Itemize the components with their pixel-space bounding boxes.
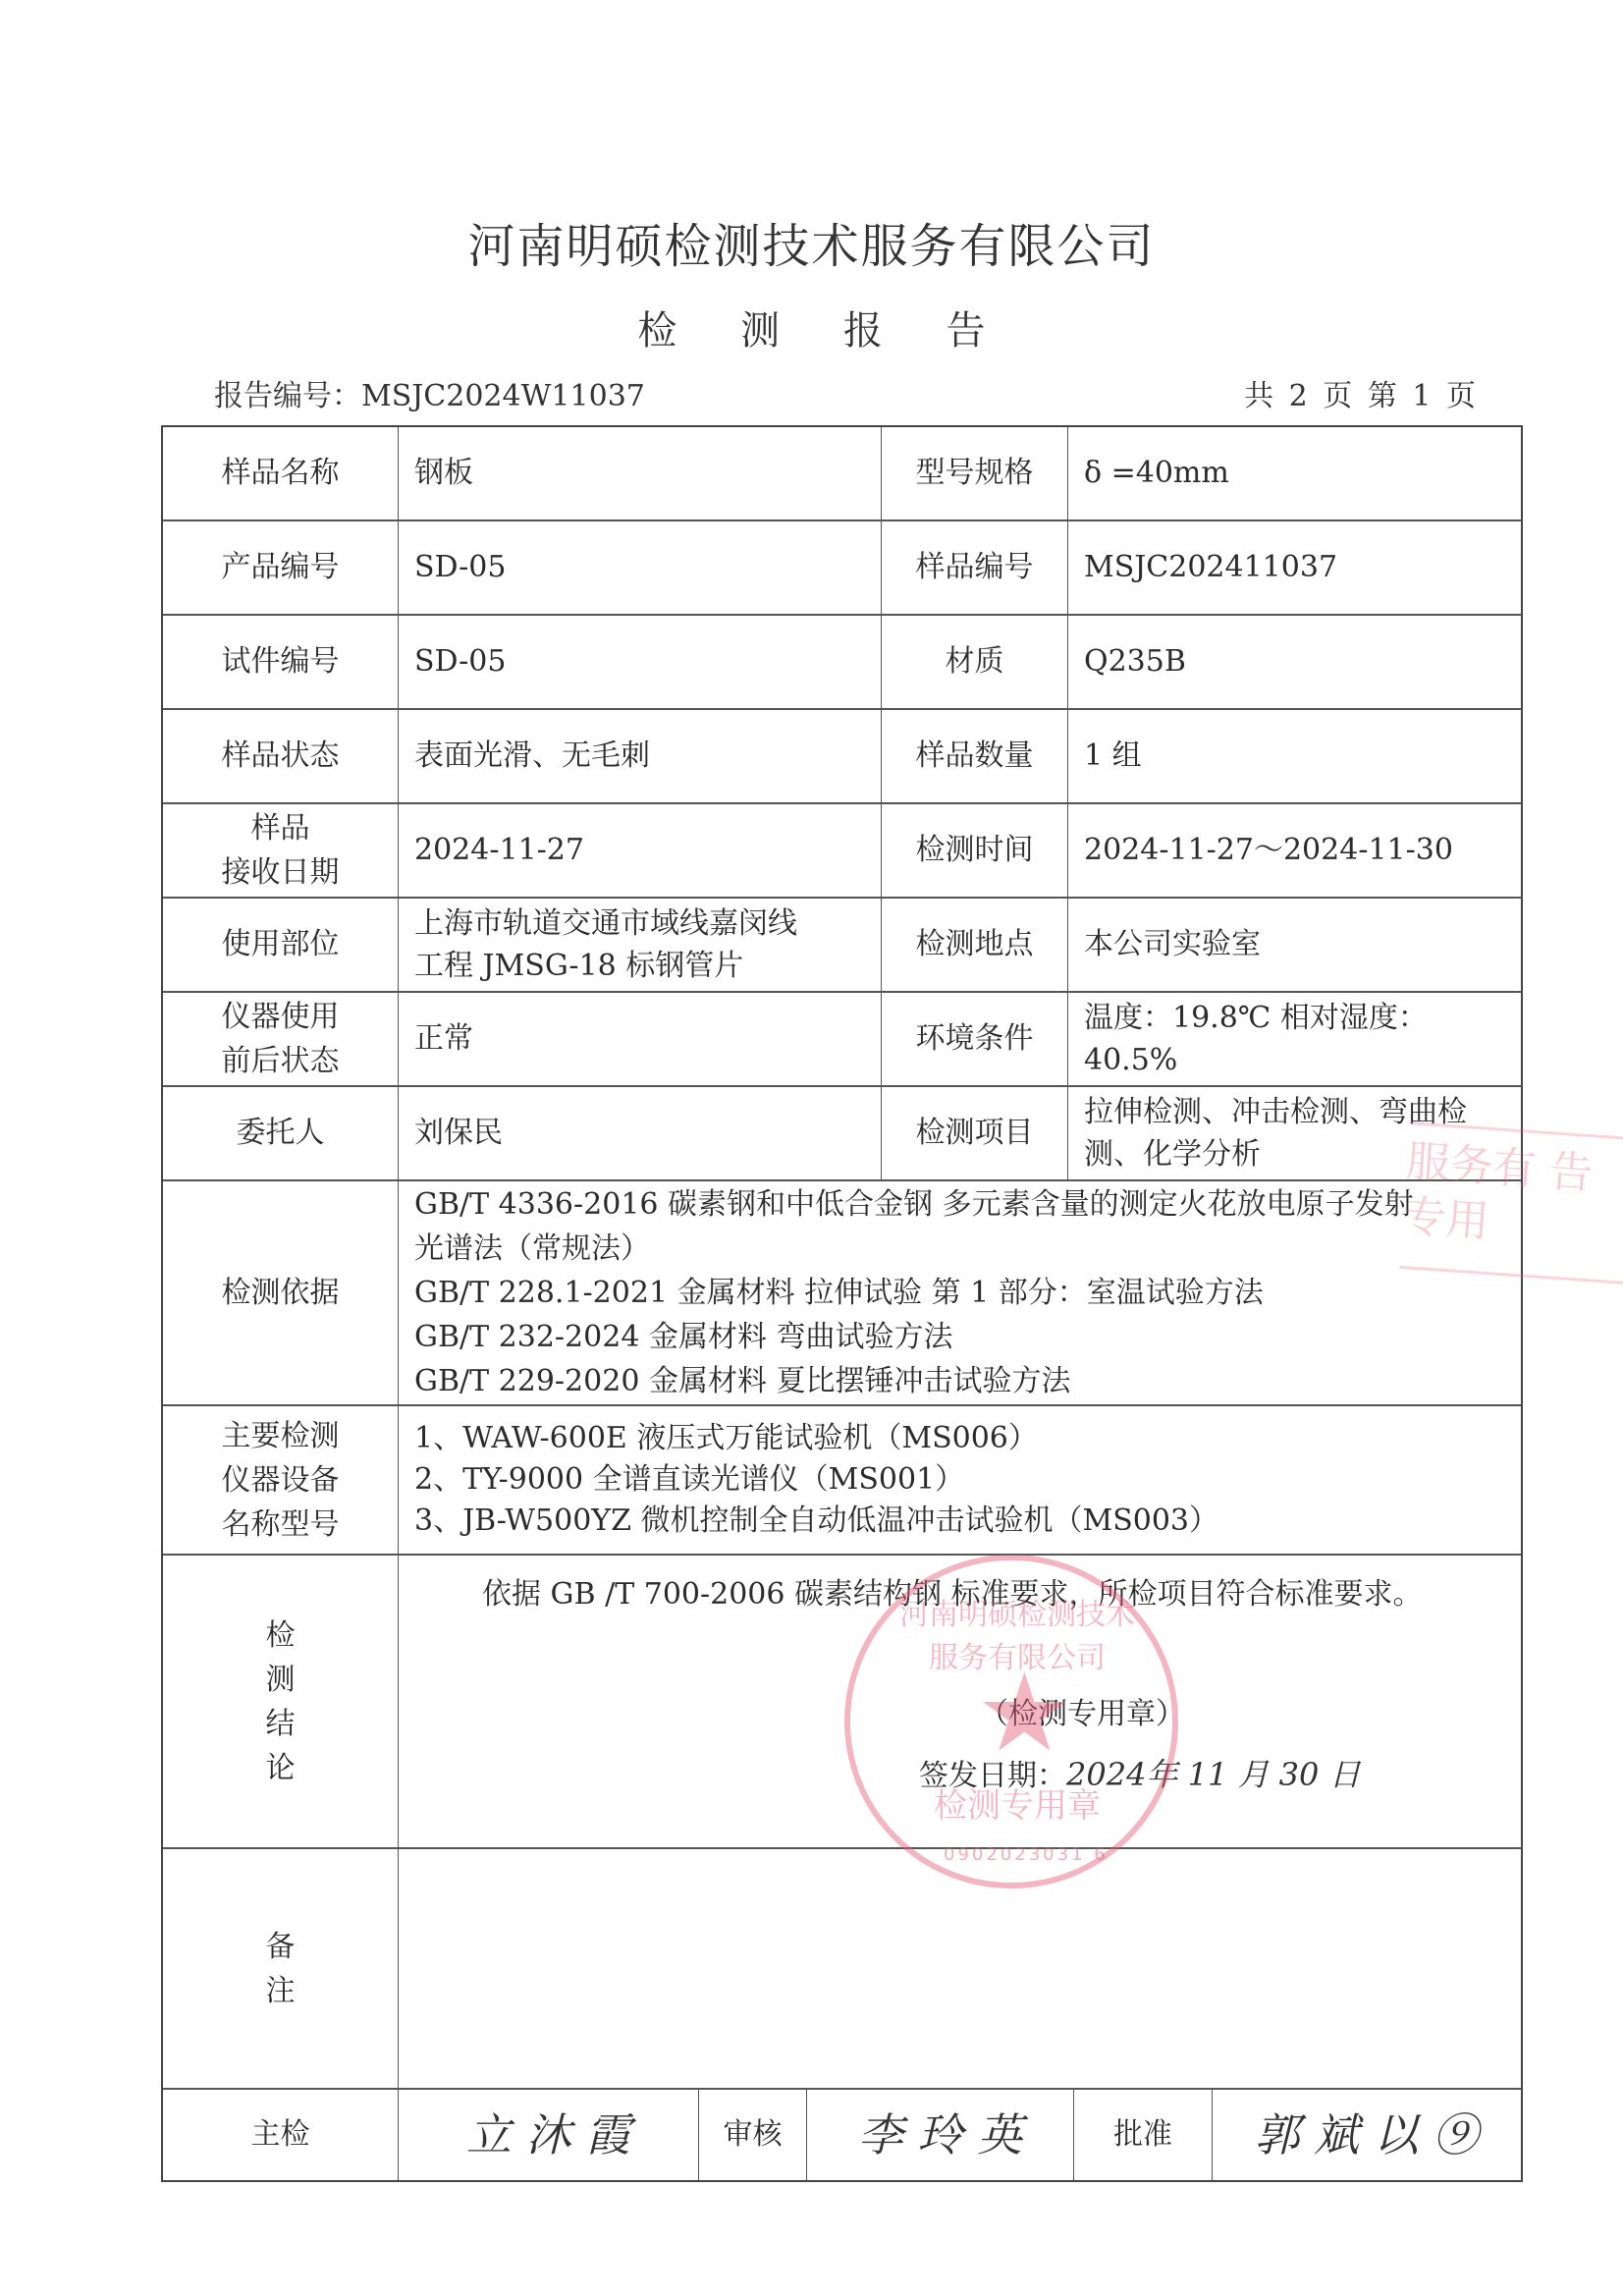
equipment-line: 1、WAW-600E 液压式万能试验机（MS006） (414, 1418, 1038, 1459)
label-line: 仪器设备 (222, 1458, 340, 1503)
value-sample-state: 表面光滑、无毛刺 (398, 710, 881, 802)
label-receive-date: 样品 接收日期 (163, 804, 398, 897)
label-char: 备 (266, 1925, 296, 1969)
value-material: Q235B (1067, 616, 1520, 708)
signature-approver: 郭 斌 以 ⑨ (1212, 2090, 1520, 2180)
label-test-items: 检测项目 (881, 1087, 1067, 1179)
label-sample-state: 样品状态 (163, 710, 398, 802)
report-table: 样品名称 钢板 型号规格 δ =40mm 产品编号 SD-05 样品编号 MSJ… (161, 425, 1523, 2182)
table-row: 使用部位 上海市轨道交通市域线嘉闵线 工程 JMSG-18 标钢管片 检测地点 … (163, 897, 1521, 991)
value-line: 工程 JMSG-18 标钢管片 (414, 945, 743, 988)
value-equipment: 1、WAW-600E 液压式万能试验机（MS006） 2、TY-9000 全谱直… (398, 1406, 1520, 1554)
equipment-line: 2、TY-9000 全谱直读光谱仪（MS001） (414, 1459, 964, 1501)
label-reviewer: 审核 (698, 2090, 806, 2180)
label-sample-name: 样品名称 (163, 427, 398, 519)
label-test-basis: 检测依据 (163, 1181, 398, 1404)
table-row: 试件编号 SD-05 材质 Q235B (163, 614, 1521, 708)
value-specimen-no: SD-05 (398, 616, 881, 708)
value-test-basis: GB/T 4336-2016 碳素钢和中低合金钢 多元素含量的测定火花放电原子发… (398, 1181, 1520, 1404)
label-product-no: 产品编号 (163, 521, 398, 614)
value-remarks (398, 1849, 1520, 2088)
value-test-site: 本公司实验室 (1067, 899, 1520, 991)
label-char: 注 (266, 1969, 296, 2013)
label-model-spec: 型号规格 (881, 427, 1067, 519)
report-number-label: 报告编号： (214, 379, 361, 413)
value-usage-location: 上海市轨道交通市域线嘉闵线 工程 JMSG-18 标钢管片 (398, 899, 881, 991)
seal-label: （检测专用章） (979, 1693, 1185, 1736)
issue-date-label: 签发日期： (919, 1759, 1066, 1793)
value-sample-no: MSJC202411037 (1067, 521, 1520, 614)
label-sample-no: 样品编号 (881, 521, 1067, 614)
report-number: 报告编号：MSJC2024W11037 (214, 371, 645, 414)
label-line: 接收日期 (222, 850, 340, 895)
value-sample-name: 钢板 (398, 427, 881, 519)
inspector-signature: 立 沐 霞 (466, 2103, 630, 2168)
value-line: 拉伸检测、冲击检测、弯曲检 (1084, 1091, 1467, 1134)
value-environment: 温度：19.8℃ 相对湿度：40.5% (1067, 993, 1520, 1085)
value-test-items: 拉伸检测、冲击检测、弯曲检 测、化学分析 (1067, 1087, 1520, 1179)
label-remarks: 备 注 (163, 1849, 398, 2088)
value-client: 刘保民 (398, 1087, 881, 1179)
table-row: 样品 接收日期 2024-11-27 检测时间 2024-11-27～2024-… (163, 802, 1521, 897)
reviewer-signature: 李 玲 英 (858, 2103, 1022, 2168)
value-line: 测、化学分析 (1084, 1133, 1261, 1176)
value-instrument-state: 正常 (398, 993, 881, 1085)
label-line: 名称型号 (222, 1503, 340, 1547)
table-row: 委托人 刘保民 检测项目 拉伸检测、冲击检测、弯曲检 测、化学分析 (163, 1085, 1521, 1179)
signature-inspector: 立 沐 霞 (398, 2090, 698, 2180)
label-test-time: 检测时间 (881, 804, 1067, 897)
value-product-no: SD-05 (398, 521, 881, 614)
document-title: 检 测 报 告 (0, 300, 1623, 355)
label-environment: 环境条件 (881, 993, 1067, 1085)
table-row: 样品名称 钢板 型号规格 δ =40mm (163, 427, 1521, 519)
signature-reviewer: 李 玲 英 (806, 2090, 1073, 2180)
label-char: 论 (266, 1746, 296, 1790)
standard-line: GB/T 229-2020 金属材料 夏比摆锤冲击试验方法 (414, 1359, 1070, 1403)
value-model-spec: δ =40mm (1067, 427, 1520, 519)
value-line: 上海市轨道交通市域线嘉闵线 (414, 902, 797, 946)
table-row-conclusion: 检 测 结 论 依据 GB /T 700-2006 碳素结构钢 标准要求，所检项… (163, 1554, 1521, 1847)
value-test-time: 2024-11-27～2024-11-30 (1067, 804, 1520, 897)
standard-line: 光谱法（常规法） (414, 1227, 650, 1271)
equipment-line: 3、JB-W500YZ 微机控制全自动低温冲击试验机（MS003） (414, 1501, 1218, 1542)
standard-line: GB/T 4336-2016 碳素钢和中低合金钢 多元素含量的测定火花放电原子发… (414, 1182, 1414, 1227)
label-specimen-no: 试件编号 (163, 616, 398, 708)
table-row-remarks: 备 注 (163, 1847, 1521, 2088)
label-line: 主要检测 (222, 1414, 340, 1458)
conclusion-text: 依据 GB /T 700-2006 碳素结构钢 标准要求，所检项目符合标准要求。 (482, 1573, 1423, 1616)
standard-line: GB/T 232-2024 金属材料 弯曲试验方法 (414, 1315, 952, 1359)
approver-signature: 郭 斌 以 ⑨ (1255, 2103, 1479, 2168)
label-char: 测 (266, 1658, 296, 1702)
table-row: 产品编号 SD-05 样品编号 MSJC202411037 (163, 519, 1521, 614)
issue-date-handwritten: 2024年 11 月 30 日 (1066, 1756, 1361, 1793)
page-info: 共 2 页 第 1 页 (1244, 371, 1476, 414)
company-name: 河南明硕检测技术服务有限公司 (0, 208, 1623, 276)
label-line: 样品 (251, 806, 310, 850)
issue-date: 签发日期：2024年 11 月 30 日 (919, 1752, 1361, 1798)
label-material: 材质 (881, 616, 1067, 708)
label-line: 前后状态 (222, 1039, 340, 1083)
table-row: 样品状态 表面光滑、无毛刺 样品数量 1 组 (163, 708, 1521, 802)
label-equipment: 主要检测 仪器设备 名称型号 (163, 1406, 398, 1554)
label-line: 仪器使用 (222, 995, 340, 1039)
value-sample-qty: 1 组 (1067, 710, 1520, 802)
table-row-equipment: 主要检测 仪器设备 名称型号 1、WAW-600E 液压式万能试验机（MS006… (163, 1404, 1521, 1554)
value-conclusion: 依据 GB /T 700-2006 碳素结构钢 标准要求，所检项目符合标准要求。… (398, 1556, 1520, 1847)
label-usage-location: 使用部位 (163, 899, 398, 991)
label-test-site: 检测地点 (881, 899, 1067, 991)
label-char: 结 (266, 1702, 296, 1746)
label-conclusion: 检 测 结 论 (163, 1556, 398, 1847)
label-approver: 批准 (1073, 2090, 1212, 2180)
label-instrument-state: 仪器使用 前后状态 (163, 993, 398, 1085)
label-char: 检 (266, 1613, 296, 1658)
table-row: 仪器使用 前后状态 正常 环境条件 温度：19.8℃ 相对湿度：40.5% (163, 991, 1521, 1085)
label-inspector: 主检 (163, 2090, 398, 2180)
label-client: 委托人 (163, 1087, 398, 1179)
table-row-basis: 检测依据 GB/T 4336-2016 碳素钢和中低合金钢 多元素含量的测定火花… (163, 1179, 1521, 1404)
report-number-value: MSJC2024W11037 (361, 379, 645, 413)
standard-line: GB/T 228.1-2021 金属材料 拉伸试验 第 1 部分：室温试验方法 (414, 1271, 1264, 1315)
label-sample-qty: 样品数量 (881, 710, 1067, 802)
table-row-signatures: 主检 立 沐 霞 审核 李 玲 英 批准 郭 斌 以 ⑨ (163, 2088, 1521, 2180)
value-receive-date: 2024-11-27 (398, 804, 881, 897)
